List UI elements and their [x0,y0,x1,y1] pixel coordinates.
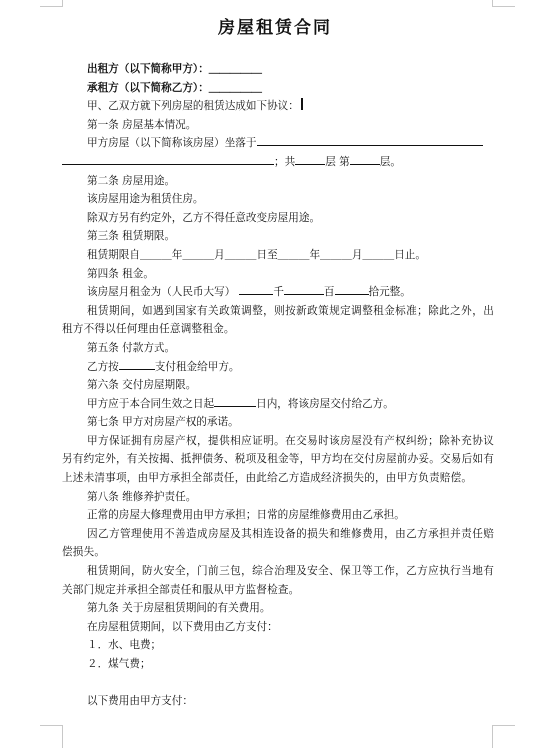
article-1-floor-line: ；共层 第层。 [62,153,494,172]
fee-item-2: ２．煤气费； [62,655,494,674]
article-4-rent-line: 该房屋月租金为（人民币大写）千百拾元整。 [62,283,494,302]
article-6-heading: 第六条 交付房屋期限。 [62,376,494,395]
rent-thousand-label: 千 [273,286,284,298]
payment-suffix: 支付租金给甲方。 [155,361,240,373]
rent-hundred-blank[interactable] [284,283,324,295]
page-corner-mark-bottom-right [492,725,515,748]
delivery-label: 甲方应于本合同生效之日起 [87,398,214,410]
article-7-p1: 甲方保证拥有房屋产权，提供相应证明。在交易时该房屋没有产权纠纷；除补充协议另有约… [62,432,494,488]
delivery-suffix: 日内，将该房屋交付给乙方。 [256,398,394,410]
article-7-heading: 第七条 甲方对房屋产权的承诺。 [62,413,494,432]
document-title: 房屋租赁合同 [0,13,550,38]
article-8-p1: 正常的房屋大修理费用由甲方承担；日常的房屋维修费用由乙承担。 [62,506,494,525]
rent-hundred-label: 百 [324,286,335,298]
article-1-address-line: 甲方房屋（以下简称该房屋）坐落于 [62,134,494,153]
rent-end-label: 拾元整。 [369,286,411,298]
delivery-days-blank[interactable] [214,395,256,407]
floor-number-blank[interactable] [350,153,380,165]
lessor-line: 出租方（以下简称甲方）：＿＿＿＿＿ [62,60,494,79]
payment-label: 乙方按 [87,361,119,373]
page-corner-mark-bottom-left [40,725,63,748]
article-2-p1: 该房屋用途为租赁住房。 [62,190,494,209]
payment-method-blank[interactable] [119,358,155,370]
article-9-p1: 在房屋租赁期间，以下费用由乙方支付： [62,618,494,637]
article-2-p2: 除双方另有约定外，乙方不得任意改变房屋用途。 [62,209,494,228]
article-9-heading: 第九条 关于房屋租赁期间的有关费用。 [62,599,494,618]
floors-total-label: ；共 [274,156,295,168]
article-2-heading: 第二条 房屋用途。 [62,172,494,191]
article-1-heading: 第一条 房屋基本情况。 [62,116,494,135]
address-blank-continued[interactable] [62,153,274,165]
article-8-p3: 租赁期间，防火安全，门前三包，综合治理及安全、保卫等工作，乙方应执行当地有关部门… [62,562,494,599]
address-label: 甲方房屋（以下简称该房屋）坐落于 [87,137,257,149]
rent-thousand-blank[interactable] [239,283,273,295]
page-corner-mark-top-right [492,0,515,7]
article-4-heading: 第四条 租金。 [62,265,494,284]
rent-label: 该房屋月租金为（人民币大写） [87,286,235,298]
article-5-heading: 第五条 付款方式。 [62,339,494,358]
floor-end-label: 层。 [380,156,401,168]
fee-item-1: １．水、电费； [62,636,494,655]
article-3-heading: 第三条 租赁期限。 [62,227,494,246]
document-body[interactable]: 出租方（以下简称甲方）：＿＿＿＿＿ 承租方（以下简称乙方）：＿＿＿＿＿ 甲、乙双… [62,60,494,711]
article-5-p1: 乙方按支付租金给甲方。 [62,358,494,377]
article-6-p1: 甲方应于本合同生效之日起日内，将该房屋交付给乙方。 [62,395,494,414]
page-corner-mark-top-left [40,0,63,7]
article-8-p2: 因乙方管理使用不善造成房屋及其相连设备的损失和维修费用，由乙方承担并责任赔偿损失… [62,525,494,562]
intro-line: 甲、乙双方就下列房屋的租赁达成如下协议： [62,97,494,116]
article-8-heading: 第八条 维修养护责任。 [62,488,494,507]
address-blank[interactable] [257,134,483,146]
rent-ten-blank[interactable] [335,283,369,295]
text-cursor [301,98,303,110]
floors-total-blank[interactable] [295,153,325,165]
article-3-p1: 租赁期限自＿＿＿年＿＿＿月＿＿＿日至＿＿＿年＿＿＿月＿＿＿日止。 [62,246,494,265]
blank-line [62,674,494,693]
intro-text: 甲、乙双方就下列房屋的租赁达成如下协议： [87,100,299,112]
lessee-line: 承租方（以下简称乙方）：＿＿＿＿＿ [62,79,494,98]
article-9-p2: 以下费用由甲方支付： [62,692,494,711]
floor-number-label: 层 第 [325,156,350,168]
article-4-p2: 租赁期间，如遇到国家有关政策调整，则按新政策规定调整租金标准；除此之外，出租方不… [62,302,494,339]
